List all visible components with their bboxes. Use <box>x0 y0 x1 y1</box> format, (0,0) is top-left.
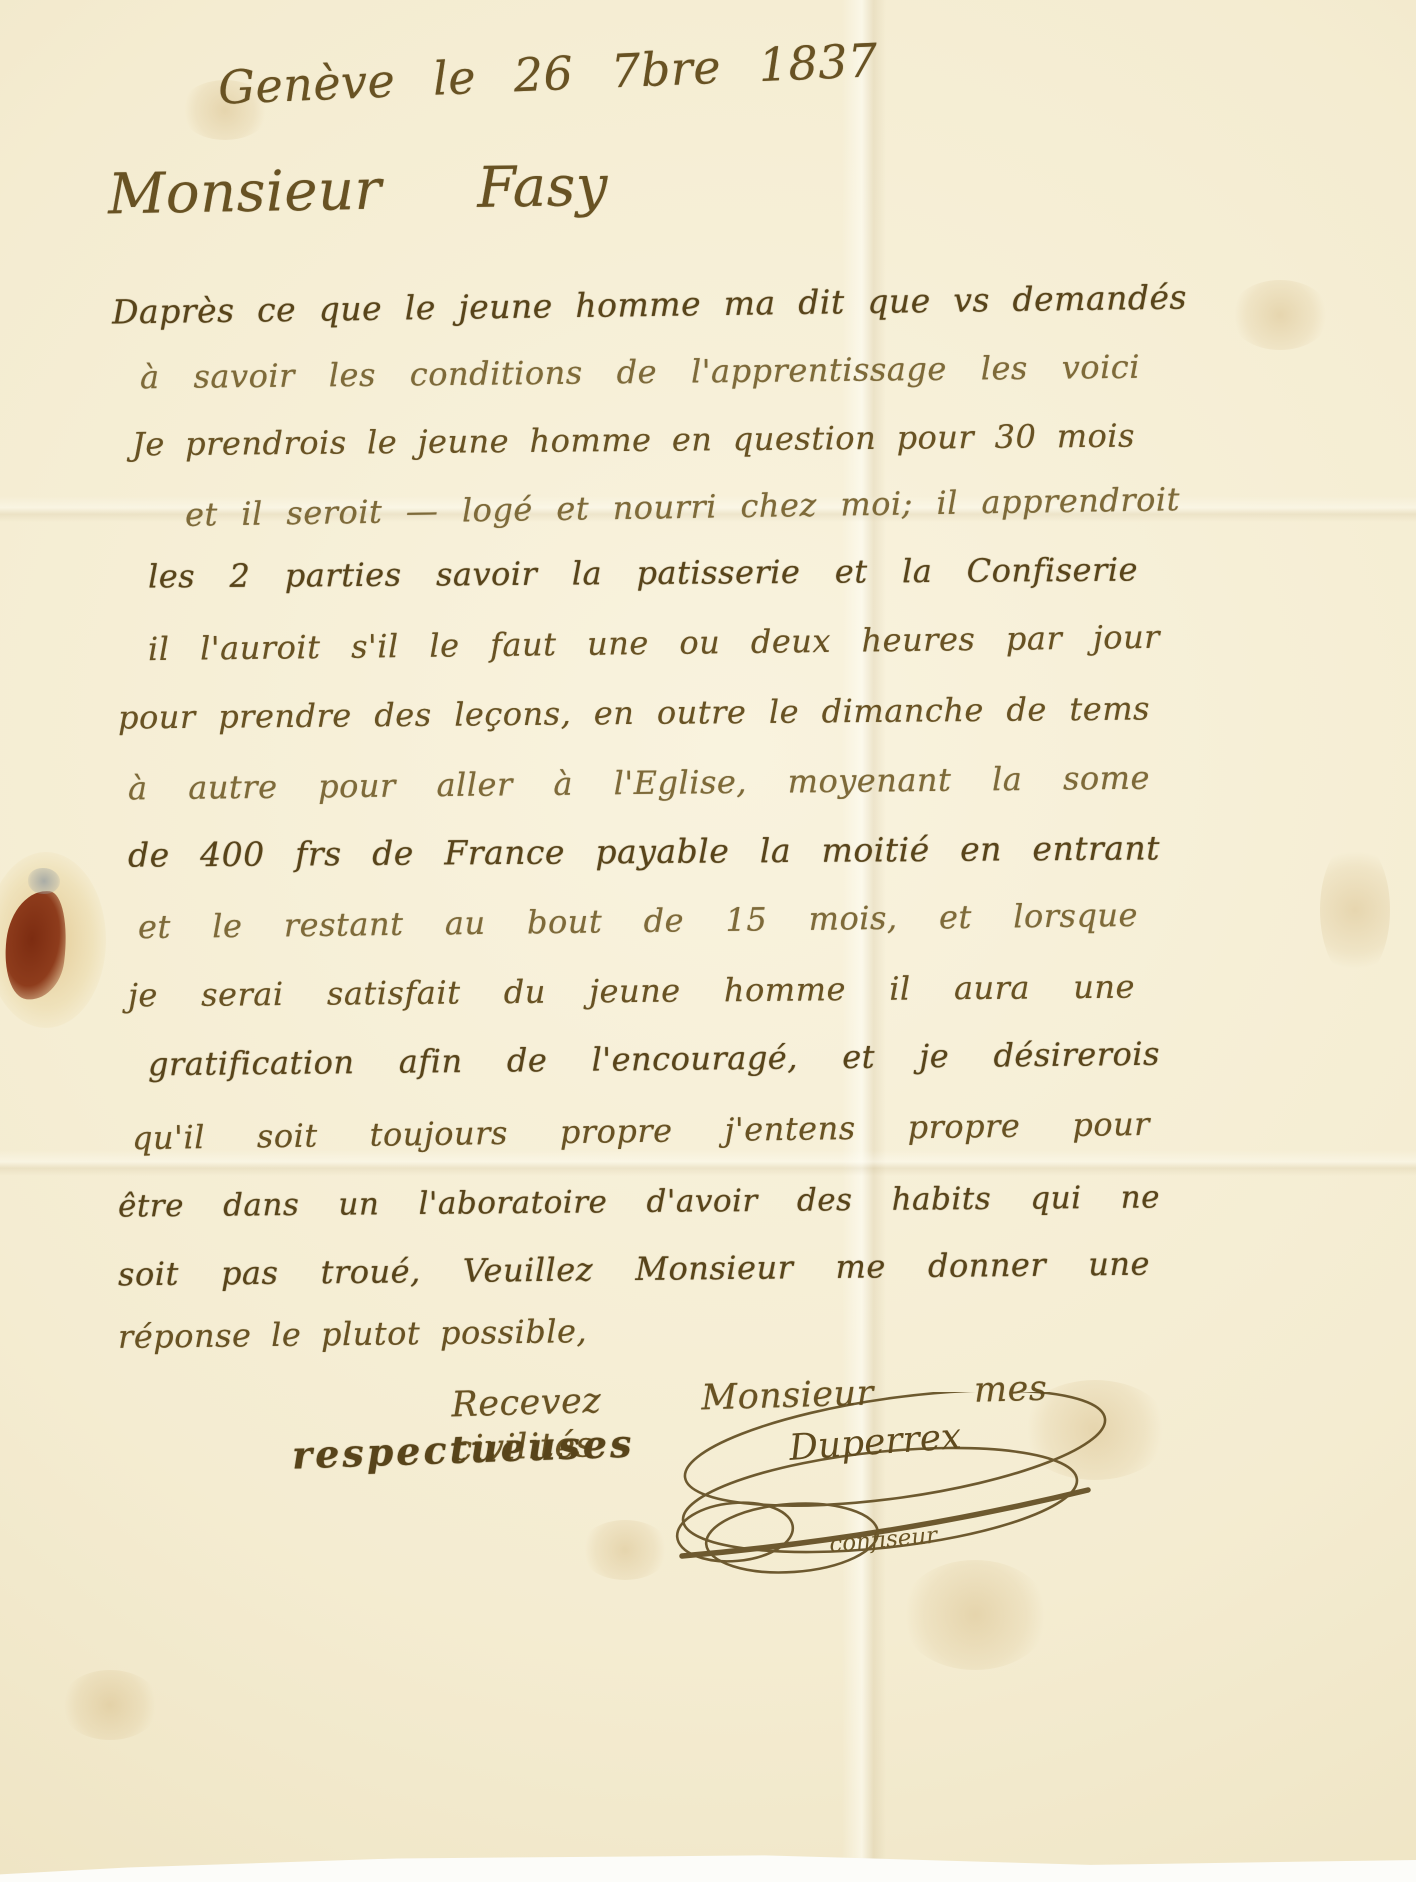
dateline: Genève le 26 7bre 1837 <box>217 32 879 117</box>
letter-line: de 400 frs de France payable la moitié e… <box>128 827 1160 875</box>
letter-line: à autre pour aller à l'Eglise, moyenant … <box>128 758 1150 809</box>
letter-line: soit pas troué, Veuillez Monsieur me don… <box>118 1244 1150 1295</box>
signature-note: confiseur <box>828 1522 940 1557</box>
scan-background-edge <box>0 1844 1416 1882</box>
wax-stain-speck <box>28 868 60 894</box>
foxing-spot <box>1230 280 1330 350</box>
letter-line: réponse le plutot possible, <box>118 1309 758 1357</box>
letter-page: Genève le 26 7bre 1837 Monsieur Fasy Dap… <box>0 0 1416 1882</box>
foxing-spot <box>60 1670 160 1740</box>
closing-line-2: respectueuses <box>291 1420 612 1479</box>
foxing-spot <box>1320 840 1390 980</box>
letter-line: gratification afin de l'encouragé, et je… <box>148 1034 1160 1085</box>
letter-line: Je prendrois le jeune homme en question … <box>132 416 1135 465</box>
letter-line: il l'auroit s'il le faut une ou deux heu… <box>148 617 1160 669</box>
letter-line: être dans un l'aboratoire d'avoir des ha… <box>118 1178 1160 1226</box>
signature-name: Duperrex <box>787 1416 963 1469</box>
letter-line: je serai satisfait du jeune homme il aur… <box>128 967 1135 1016</box>
letter-line: et il seroit — logé et nourri chez moi; … <box>185 479 1181 535</box>
letter-line: qu'il soit toujours propre j'entens prop… <box>132 1104 1150 1158</box>
letter-line: Daprès ce que le jeune homme ma dit que … <box>112 276 1187 332</box>
letter-line: pour prendre des leçons, en outre le dim… <box>118 688 1150 737</box>
signature-flourish: Duperrex confiseur <box>640 1392 1140 1592</box>
letter-line: à savoir les conditions de l'apprentissa… <box>140 347 1140 397</box>
salutation: Monsieur Fasy <box>107 152 608 231</box>
letter-line: les 2 parties savoir la patisserie et la… <box>148 550 1138 597</box>
letter-line: et le restant au bout de 15 mois, et lor… <box>138 895 1138 947</box>
